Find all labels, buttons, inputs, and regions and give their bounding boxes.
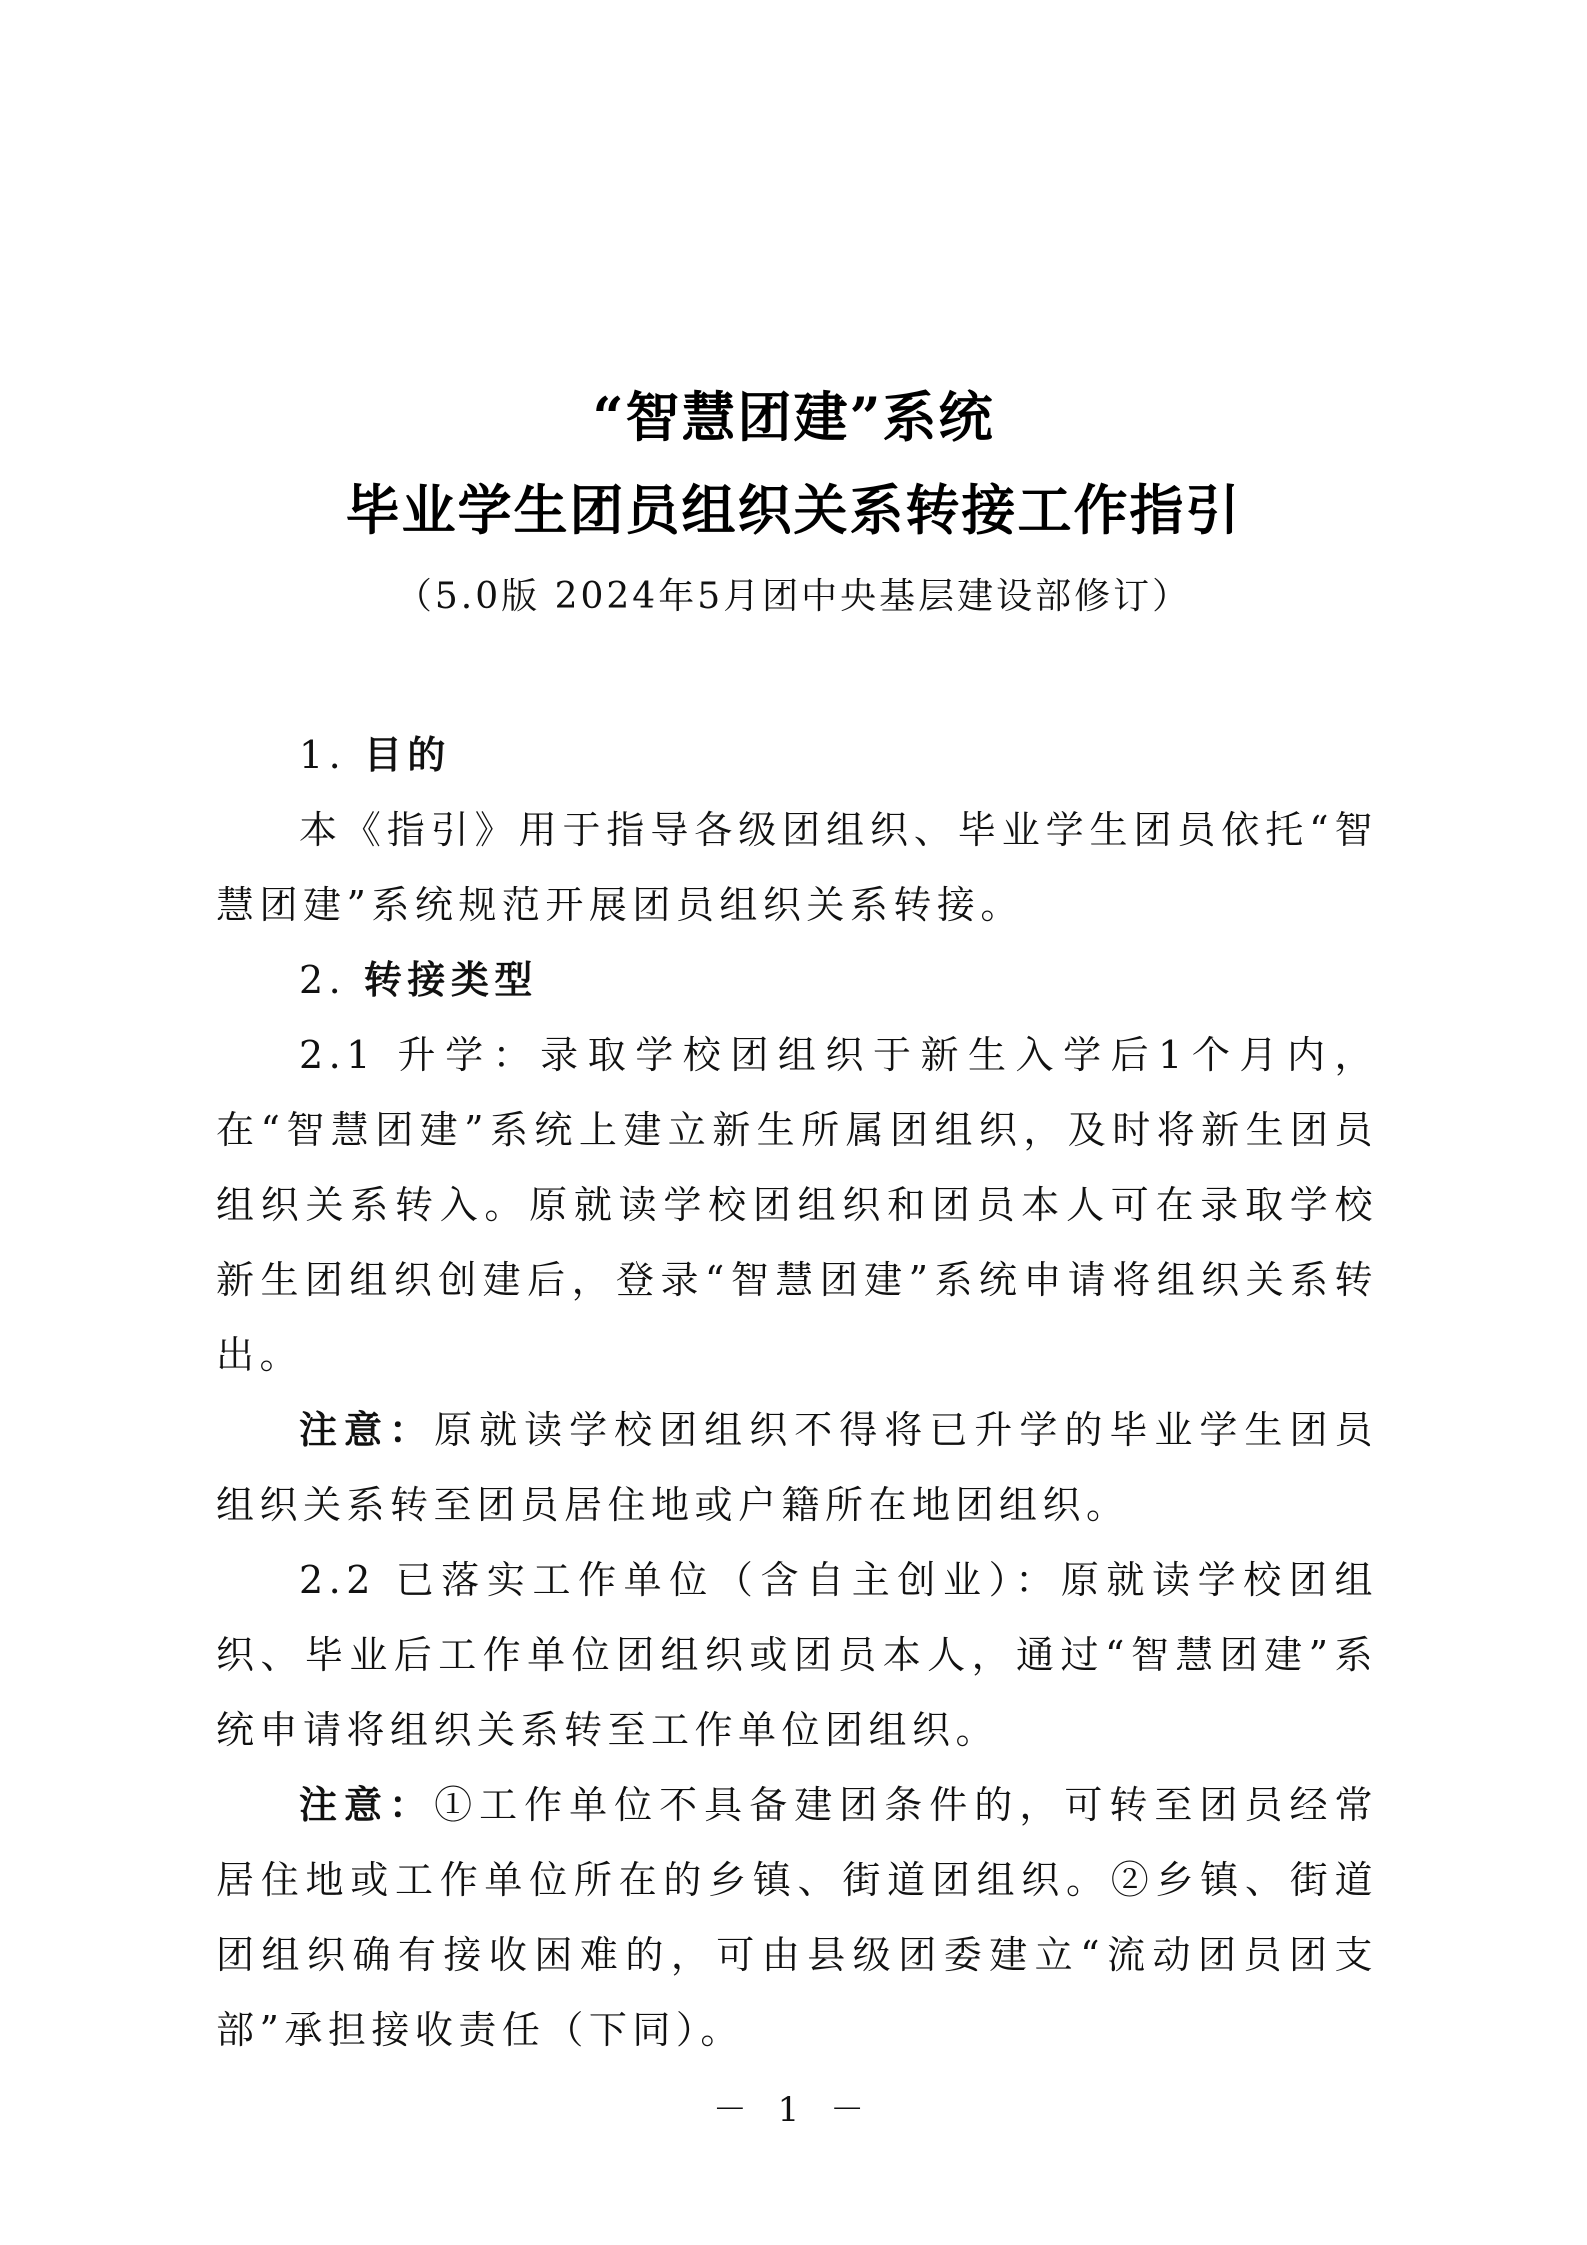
note-label: 注意：	[299, 1408, 434, 1452]
section-heading-purpose: 1. 目的	[216, 718, 1378, 793]
document-page: “智慧团建”系统 毕业学生团员组织关系转接工作指引 （5.0版 2024年5月团…	[0, 0, 1587, 2245]
document-title-line2: 毕业学生团员组织关系转接工作指引	[0, 468, 1587, 545]
document-body: 1. 目的 本《指引》用于指导各级团组织、毕业学生团员依托“智慧团建”系统规范开…	[216, 718, 1378, 2068]
paragraph-purpose: 本《指引》用于指导各级团组织、毕业学生团员依托“智慧团建”系统规范开展团员组织关…	[216, 793, 1378, 943]
document-title-line1: “智慧团建”系统	[0, 375, 1587, 452]
heading-number: 2.	[299, 958, 364, 1002]
section-heading-transfer-types: 2. 转接类型	[216, 943, 1378, 1018]
paragraph-2-2-employed: 2.2 已落实工作单位（含自主创业）：原就读学校团组织、毕业后工作单位团组织或团…	[216, 1543, 1378, 1768]
paragraph-note-1: 注意：原就读学校团组织不得将已升学的毕业学生团员组织关系转至团员居住地或户籍所在…	[216, 1393, 1378, 1543]
paragraph-2-1-further-study: 2.1 升学：录取学校团组织于新生入学后1个月内，在“智慧团建”系统上建立新生所…	[216, 1018, 1378, 1393]
paragraph-note-2: 注意：①工作单位不具备建团条件的，可转至团员经常居住地或工作单位所在的乡镇、街道…	[216, 1768, 1378, 2068]
document-subtitle: （5.0版 2024年5月团中央基层建设部修订）	[0, 568, 1587, 619]
page-number: － 1 －	[0, 2082, 1587, 2131]
note-label: 注意：	[299, 1783, 434, 1827]
heading-number: 1.	[299, 733, 364, 777]
heading-text: 转接类型	[364, 958, 538, 1002]
heading-text: 目的	[364, 733, 451, 777]
subsection-lead: 2.2 已落实工作单位（含自主创业）：	[299, 1558, 1061, 1602]
subsection-lead: 2.1 升学：	[299, 1033, 540, 1077]
paragraph-text: 录取学校团组织于新生入学后1个月内，在“智慧团建”系统上建立新生所属团组织，及时…	[216, 1033, 1378, 1377]
